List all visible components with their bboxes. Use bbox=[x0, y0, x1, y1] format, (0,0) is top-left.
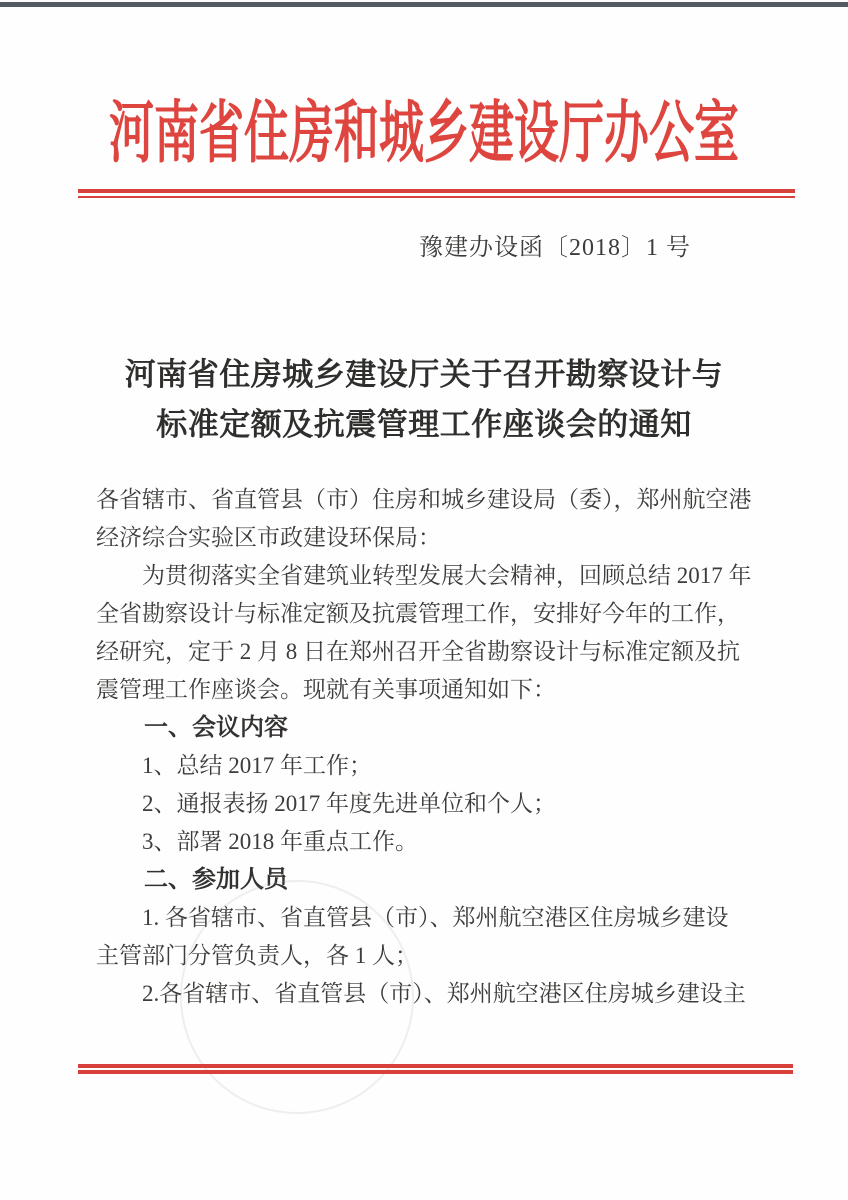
body-line: 2、通报表扬 2017 年度先进单位和个人； bbox=[96, 785, 786, 823]
section-heading: 二、参加人员 bbox=[96, 861, 786, 899]
footer-double-rule bbox=[78, 1064, 793, 1074]
section-heading: 一、会议内容 bbox=[96, 709, 786, 747]
seal-bleedthrough-watermark bbox=[180, 880, 414, 1114]
scan-edge-artifact bbox=[0, 2, 848, 7]
body-line: 震管理工作座谈会。现就有关事项通知如下： bbox=[96, 671, 786, 709]
body-line: 经研究，定于 2 月 8 日在郑州召开全省勘察设计与标准定额及抗 bbox=[96, 633, 786, 671]
body-line: 各省辖市、省直管县（市）住房和城乡建设局（委），郑州航空港 bbox=[96, 481, 786, 519]
scanned-official-document-page: 河南省住房和城乡建设厅办公室 豫建办设函〔2018〕1 号 河南省住房城乡建设厅… bbox=[0, 0, 848, 1200]
body-line: 全省勘察设计与标准定额及抗震管理工作，安排好今年的工作， bbox=[96, 595, 786, 633]
rule-thin-line bbox=[78, 196, 795, 198]
document-title: 河南省住房城乡建设厅关于召开勘察设计与 标准定额及抗震管理工作座谈会的通知 bbox=[0, 350, 848, 450]
body-line: 经济综合实验区市政建设环保局： bbox=[96, 519, 786, 557]
body-line: 1、总结 2017 年工作； bbox=[96, 747, 786, 785]
document-reference-number: 豫建办设函〔2018〕1 号 bbox=[419, 227, 691, 262]
body-line: 3、部署 2018 年重点工作。 bbox=[96, 823, 786, 861]
letterhead-org-name: 河南省住房和城乡建设厅办公室 bbox=[0, 78, 848, 176]
letterhead-double-rule bbox=[78, 189, 795, 198]
body-line: 为贯彻落实全省建筑业转型发展大会精神，回顾总结 2017 年 bbox=[96, 557, 786, 595]
rule-thick-line bbox=[78, 1070, 793, 1074]
document-title-line-1: 河南省住房城乡建设厅关于召开勘察设计与 bbox=[0, 350, 848, 400]
document-title-line-2: 标准定额及抗震管理工作座谈会的通知 bbox=[0, 400, 848, 450]
